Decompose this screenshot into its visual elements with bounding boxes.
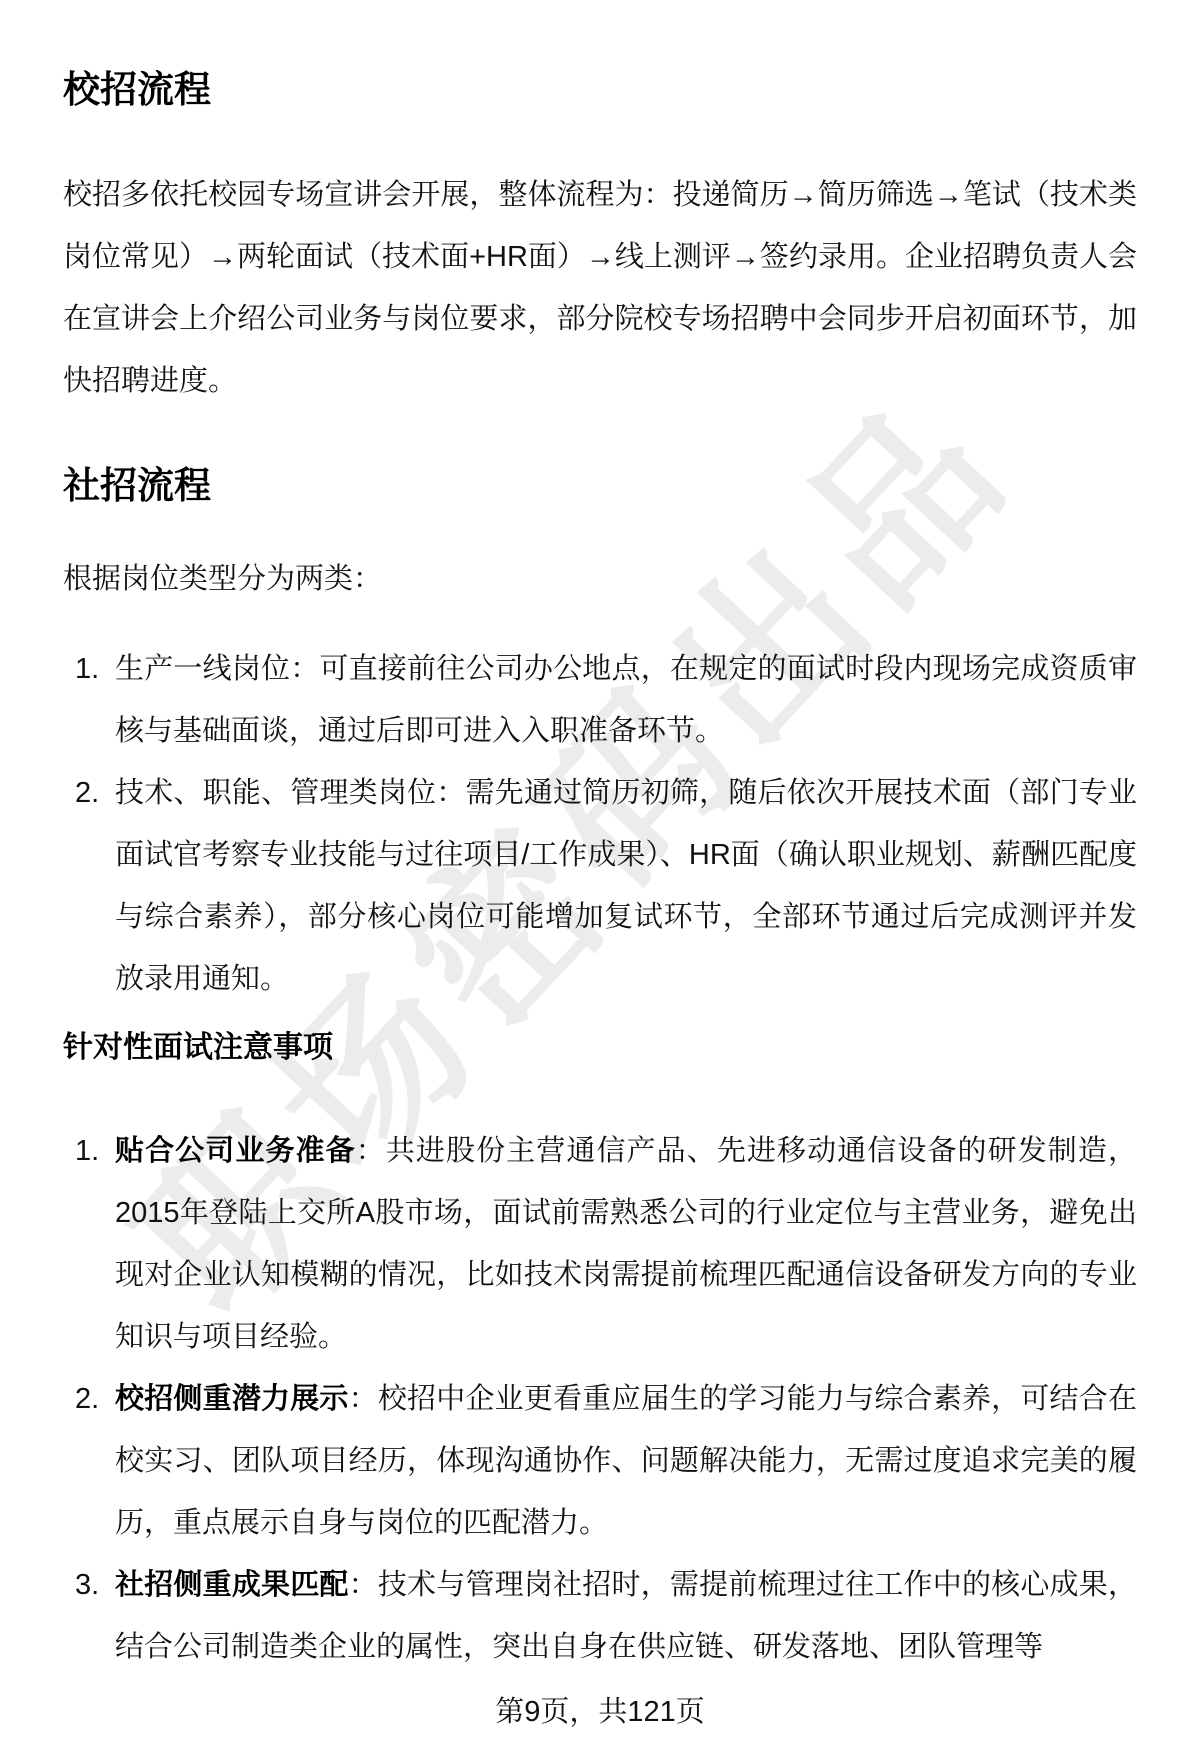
social-process-intro: 根据岗位类型分为两类： — [63, 548, 1137, 610]
list-number: 1. — [75, 638, 115, 762]
list-item-bold-lead: 贴合公司业务准备 — [115, 1135, 356, 1167]
list-item-text: 社招侧重成果匹配：技术与管理岗社招时，需提前梳理过往工作中的核心成果，结合公司制… — [115, 1554, 1137, 1678]
page-number-footer: 第9页，共121页 — [63, 1692, 1137, 1732]
page-content: 校招流程 校招多依托校园专场宣讲会开展，整体流程为：投递简历→简历筛选→笔试（技… — [63, 68, 1137, 1732]
list-number: 2. — [75, 762, 115, 1010]
social-process-list: 1. 生产一线岗位：可直接前往公司办公地点，在规定的面试时段内现场完成资质审核与… — [63, 638, 1137, 1010]
campus-process-paragraph: 校招多依托校园专场宣讲会开展，整体流程为：投递简历→简历筛选→笔试（技术类岗位常… — [63, 164, 1137, 412]
heading-social-recruitment-process: 社招流程 — [63, 464, 1137, 508]
list-item-social-results-match: 3. 社招侧重成果匹配：技术与管理岗社招时，需提前梳理过往工作中的核心成果，结合… — [63, 1554, 1137, 1678]
list-item-text: 贴合公司业务准备：共进股份主营通信产品、先进移动通信设备的研发制造，2015年登… — [115, 1120, 1137, 1368]
list-item-body: ：共进股份主营通信产品、先进移动通信设备的研发制造，2015年登陆上交所A股市场… — [115, 1135, 1137, 1353]
interview-notes-list: 1. 贴合公司业务准备：共进股份主营通信产品、先进移动通信设备的研发制造，201… — [63, 1120, 1137, 1678]
list-item-technical-positions: 2. 技术、职能、管理类岗位：需先通过简历初筛，随后依次开展技术面（部门专业面试… — [63, 762, 1137, 1010]
list-item-bold-lead: 社招侧重成果匹配 — [115, 1569, 349, 1601]
list-item-business-preparation: 1. 贴合公司业务准备：共进股份主营通信产品、先进移动通信设备的研发制造，201… — [63, 1120, 1137, 1368]
list-number: 3. — [75, 1554, 115, 1678]
list-number: 1. — [75, 1120, 115, 1368]
list-item-text: 生产一线岗位：可直接前往公司办公地点，在规定的面试时段内现场完成资质审核与基础面… — [115, 638, 1137, 762]
list-item-text: 校招侧重潜力展示：校招中企业更看重应届生的学习能力与综合素养，可结合在校实习、团… — [115, 1368, 1137, 1554]
list-item-text: 技术、职能、管理类岗位：需先通过简历初筛，随后依次开展技术面（部门专业面试官考察… — [115, 762, 1137, 1010]
list-number: 2. — [75, 1368, 115, 1554]
heading-campus-recruitment-process: 校招流程 — [63, 68, 1137, 112]
list-item-bold-lead: 校招侧重潜力展示 — [115, 1383, 349, 1415]
list-item-campus-potential: 2. 校招侧重潜力展示：校招中企业更看重应届生的学习能力与综合素养，可结合在校实… — [63, 1368, 1137, 1554]
list-item-production-positions: 1. 生产一线岗位：可直接前往公司办公地点，在规定的面试时段内现场完成资质审核与… — [63, 638, 1137, 762]
document-page: 职场密码出品 校招流程 校招多依托校园专场宣讲会开展，整体流程为：投递简历→简历… — [0, 0, 1200, 1755]
heading-targeted-interview-notes: 针对性面试注意事项 — [63, 1028, 1137, 1068]
